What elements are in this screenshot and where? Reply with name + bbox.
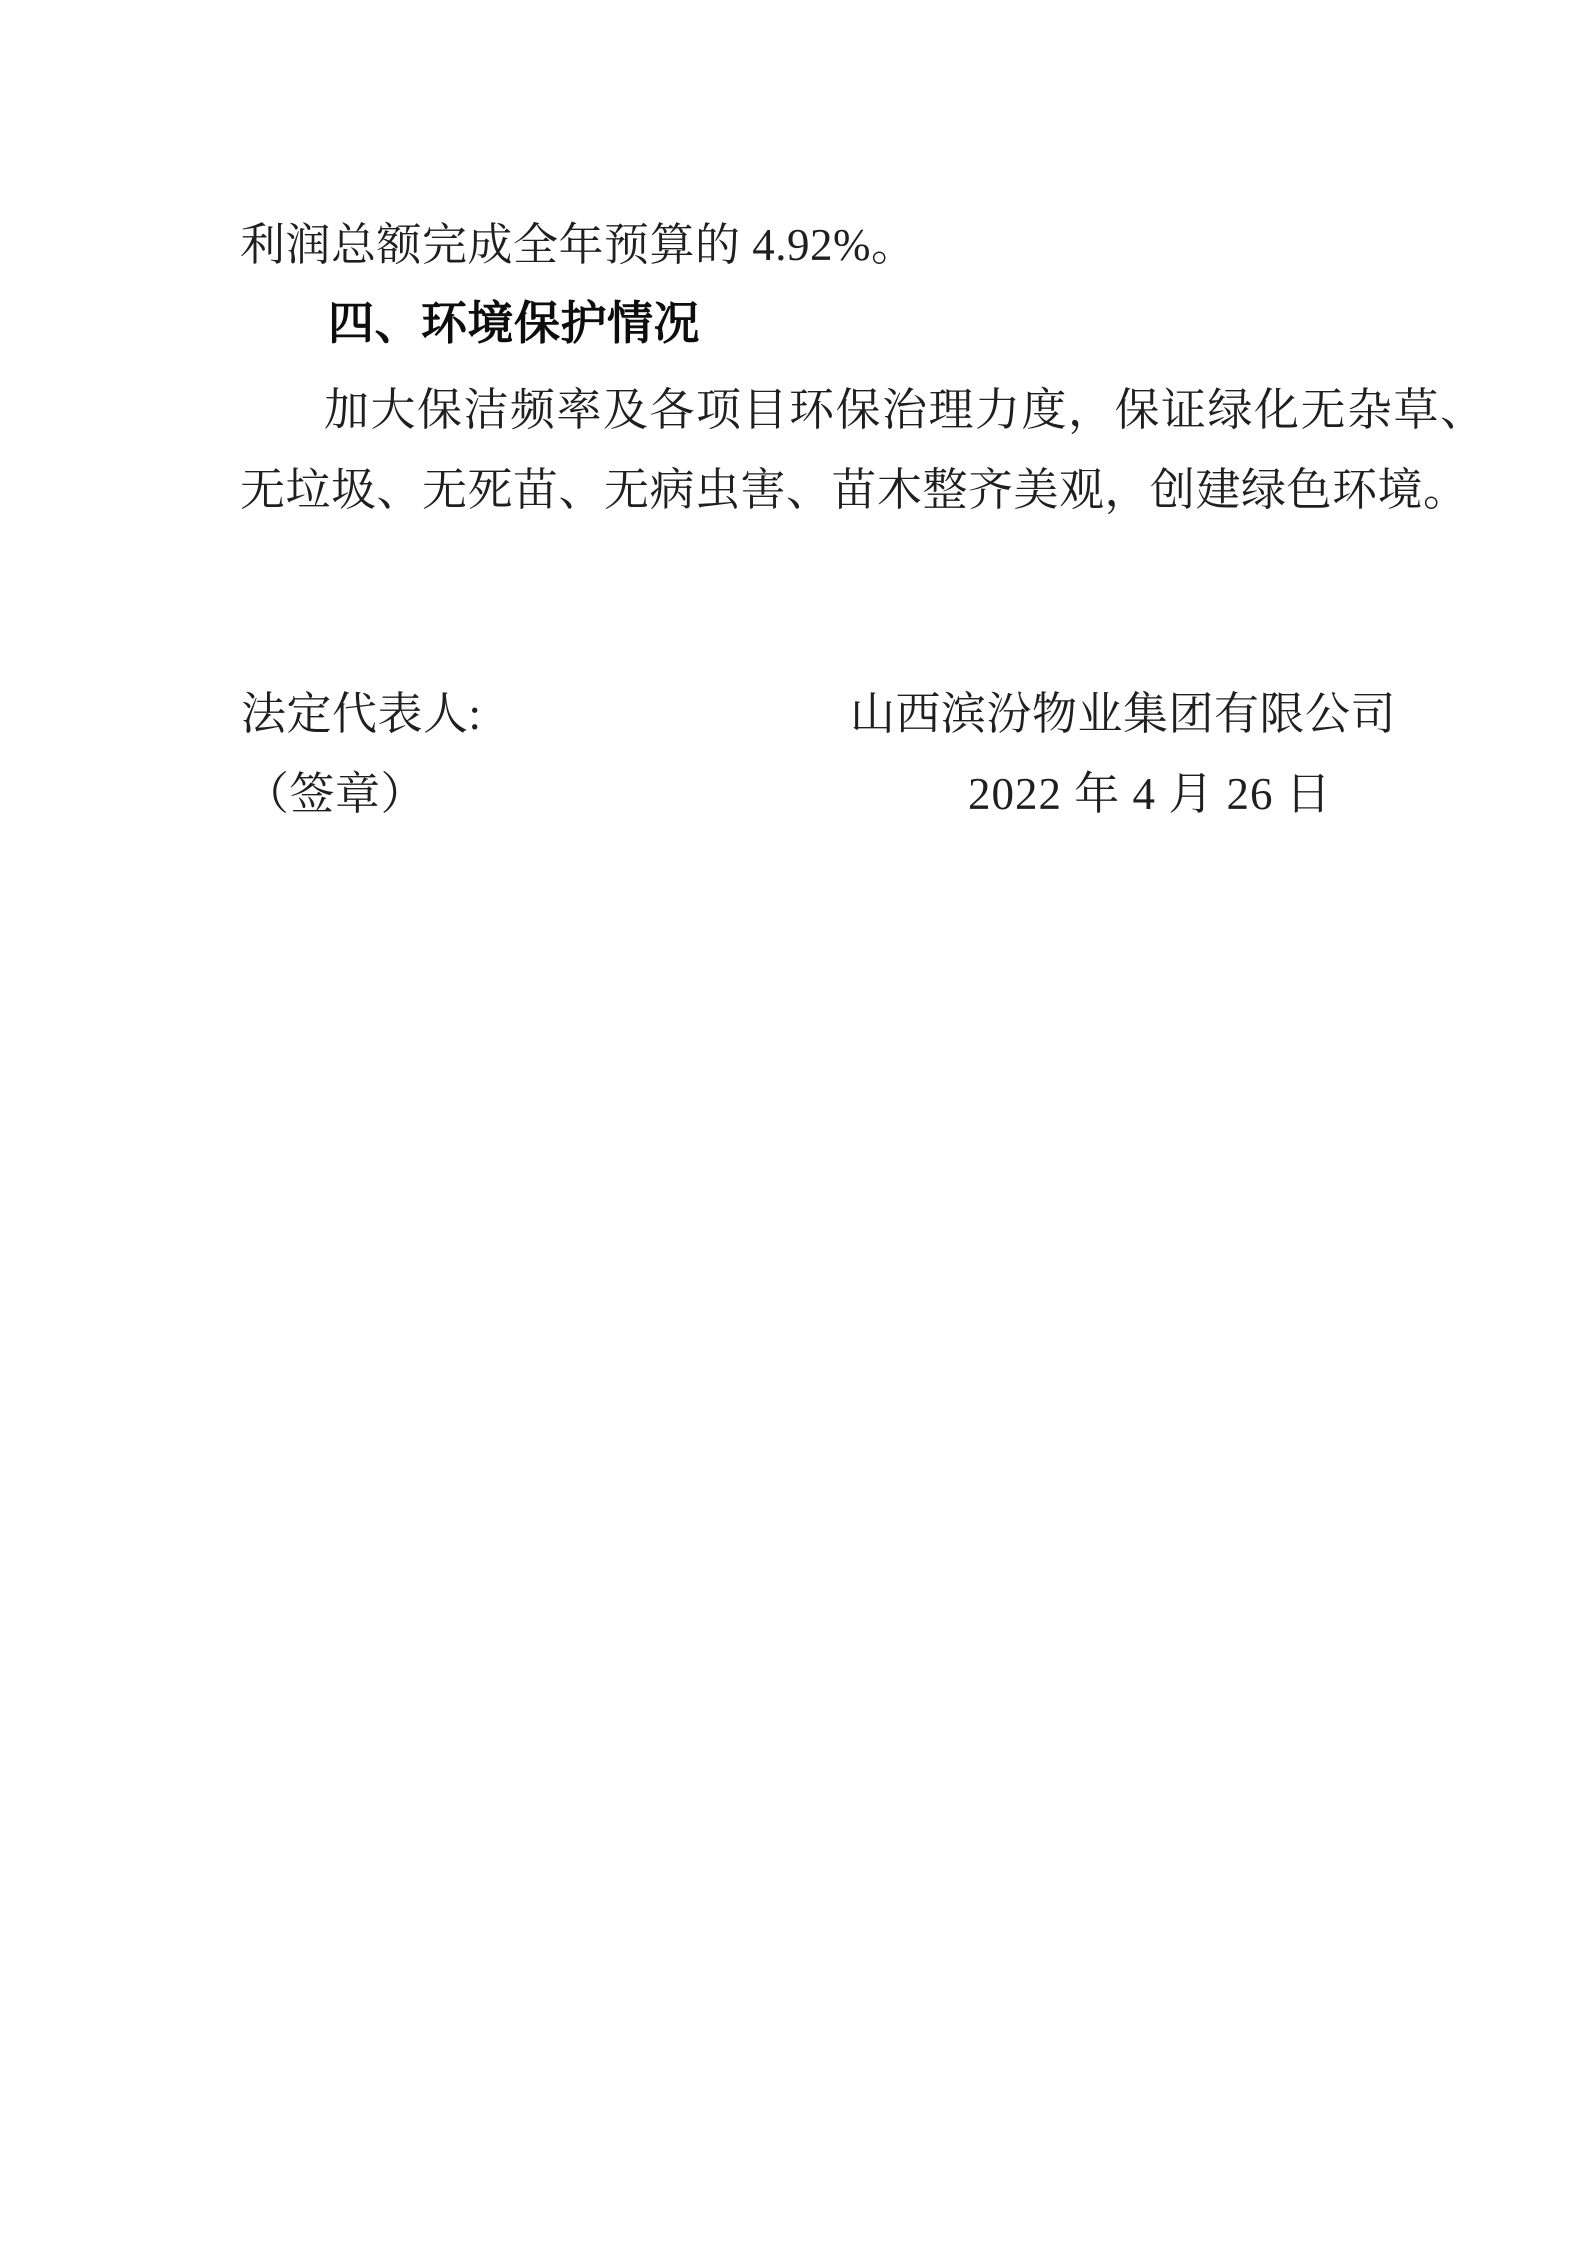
seal-label: （签章）: [244, 772, 426, 817]
section-heading-environment: 四、环境保护情况: [328, 300, 700, 346]
document-page: 利润总额完成全年预算的 4.92%。 四、环境保护情况 加大保洁频率及各项目环保…: [0, 0, 1587, 2245]
environment-paragraph-line-1: 加大保洁频率及各项目环保治理力度，保证绿化无杂草、: [324, 388, 1487, 433]
profit-summary-line: 利润总额完成全年预算的 4.92%。: [240, 223, 917, 268]
legal-representative-label: 法定代表人:: [241, 692, 482, 737]
environment-paragraph-line-2: 无垃圾、无死苗、无病虫害、苗木整齐美观，创建绿色环境。: [240, 468, 1469, 513]
document-date: 2022 年 4 月 26 日: [968, 772, 1332, 817]
company-name: 山西滨汾物业集团有限公司: [850, 692, 1396, 737]
